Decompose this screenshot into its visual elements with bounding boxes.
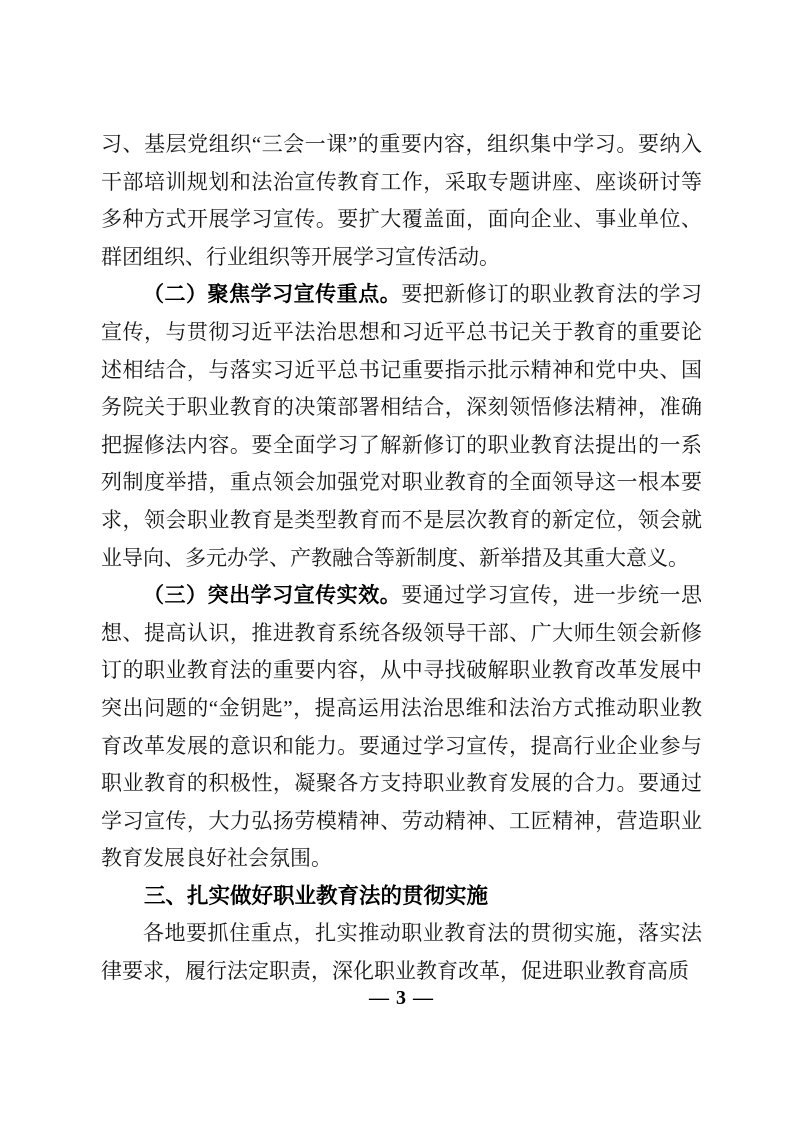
paragraph-text: 各地要抓住重点，扎实推动职业教育法的贯彻实施，落实法律要求，履行法定职责，深化职… <box>101 921 702 983</box>
page-number: — 3 — <box>369 987 434 1009</box>
page-footer: — 3 — <box>101 986 702 1010</box>
paragraph-text: 要把新修订的职业教育法的学习宣传，与贯彻习近平法治思想和习近平总书记关于教育的重… <box>101 282 702 569</box>
paragraph-continuation: 习、基层党组织“三会一课”的重要内容，组织集中学习。要纳入干部培训规划和法治宣传… <box>101 126 702 276</box>
paragraph-section-3: （三）突出学习宣传实效。要通过学习宣传，进一步统一思想、提高认识，推进教育系统各… <box>101 577 702 878</box>
document-page: 习、基层党组织“三会一课”的重要内容，组织集中学习。要纳入干部培训规划和法治宣传… <box>0 0 794 1123</box>
section-heading-3: 三、扎实做好职业教育法的贯彻实施 <box>101 878 702 916</box>
paragraph-text: 要通过学习宣传，进一步统一思想、提高认识，推进教育系统各级领导干部、广大师生领会… <box>101 583 702 870</box>
paragraph-lead-section-2: （二）聚焦学习宣传重点。 <box>143 282 401 306</box>
paragraph-section-2: （二）聚焦学习宣传重点。要把新修订的职业教育法的学习宣传，与贯彻习近平法治思想和… <box>101 276 702 577</box>
document-body: 习、基层党组织“三会一课”的重要内容，组织集中学习。要纳入干部培训规划和法治宣传… <box>101 126 702 991</box>
paragraph-implementation: 各地要抓住重点，扎实推动职业教育法的贯彻实施，落实法律要求，履行法定职责，深化职… <box>101 915 702 990</box>
paragraph-lead-section-3: （三）突出学习宣传实效。 <box>143 583 401 607</box>
paragraph-text: 习、基层党组织“三会一课”的重要内容，组织集中学习。要纳入干部培训规划和法治宣传… <box>101 132 702 269</box>
